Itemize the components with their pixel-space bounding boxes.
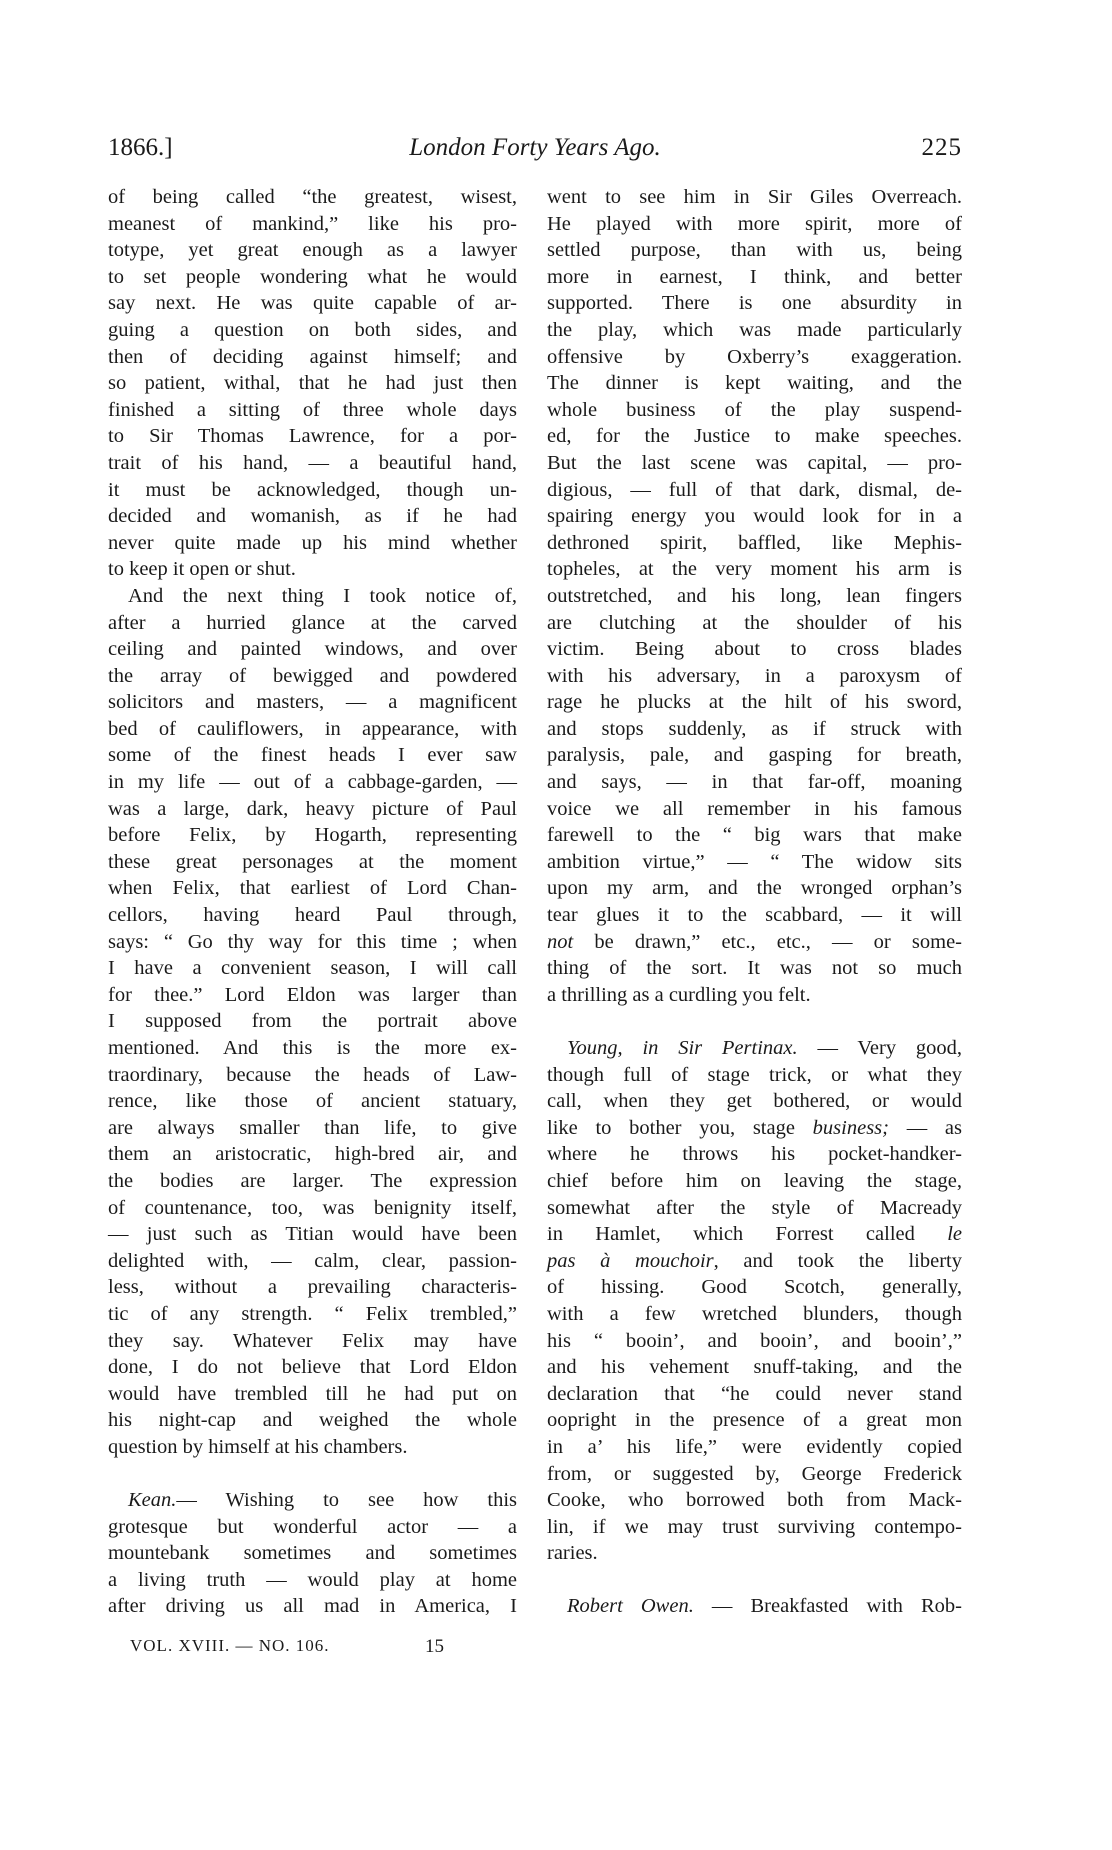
text-line: in a’ his life,” were evidently copied [547,1434,962,1461]
text-line: ceiling and painted windows, and over [108,636,517,663]
text-run: they say. Whatever Felix may have [108,1330,517,1352]
text-run: ambition virtue,” — “ The widow sits [547,851,962,873]
text-line: decided and womanish, as if he had [108,503,517,530]
text-run: delighted with, — calm, clear, passion- [108,1250,517,1272]
text-line: chief before him on leaving the stage, [547,1168,962,1195]
text-run: ed, for the Justice to make speeches. [547,425,962,447]
text-run: digious, — full of that dark, dismal, de… [547,479,962,501]
text-run: to set people wondering what he would [108,266,517,288]
text-line: to Sir Thomas Lawrence, for a por- [108,423,517,450]
text-line: raries. [547,1540,962,1567]
text-line: ed, for the Justice to make speeches. [547,423,962,450]
text-run: in Hamlet, which Forrest called [547,1223,947,1245]
text-line: like to bother you, stage business; — as [547,1115,962,1142]
text-line: paralysis, pale, and gasping for breath, [547,742,962,769]
text-run: ceiling and painted windows, and over [108,638,517,660]
text-run: farewell to the “ big wars that make [547,824,962,846]
signature-mark: 15 [425,1636,444,1658]
italic-run: Robert Owen. [567,1595,694,1617]
text-run: a thrilling as a curdling you felt. [547,984,811,1006]
text-run: done, I do not believe that Lord Eldon [108,1356,517,1378]
text-run: supported. There is one absurdity in [547,292,962,314]
text-line: supported. There is one absurdity in [547,290,962,317]
text-run: these great personages at the moment [108,851,517,873]
text-run: chief before him on leaving the stage, [547,1170,962,1192]
text-line: settled purpose, than with us, being [547,237,962,264]
text-line: victim. Being about to cross blades [547,636,962,663]
text-line: question by himself at his chambers. [108,1434,517,1461]
text-run: — Wishing to see how this [176,1489,517,1511]
text-run: though full of stage trick, or what they [547,1064,962,1086]
text-run: and stops suddenly, as if struck with [547,718,962,740]
italic-run: pas à mouchoir [547,1250,714,1272]
text-line: pas à mouchoir, and took the liberty [547,1248,962,1275]
text-run: mentioned. And this is the more ex- [108,1037,517,1059]
text-line: where he throws his pocket-handker- [547,1141,962,1168]
text-line: so patient, withal, that he had just the… [108,370,517,397]
text-line: call, when they get bothered, or would [547,1088,962,1115]
text-run: upon my arm, and the wronged orphan’s [547,877,962,899]
text-run: in my life — out of a cabbage-garden, — [108,771,517,793]
text-run: to Sir Thomas Lawrence, for a por- [108,425,517,447]
text-line: lin, if we may trust surviving contempo- [547,1514,962,1541]
text-line: to set people wondering what he would [108,264,517,291]
text-run: of being called “the greatest, wisest, [108,186,517,208]
running-head-title: London Forty Years Ago. [108,134,962,162]
text-run: But the last scene was capital, — pro- [547,452,962,474]
text-run: — just such as Titian would have been [108,1223,517,1245]
text-line: But the last scene was capital, — pro- [547,450,962,477]
text-line: I supposed from the portrait above [108,1008,517,1035]
text-run: grotesque but wonderful actor — a [108,1516,517,1538]
text-line: outstretched, and his long, lean fingers [547,583,962,610]
text-line: these great personages at the moment [108,849,517,876]
text-line: oopright in the presence of a great mon [547,1407,962,1434]
text-run: voice we all remember in his famous [547,798,962,820]
text-run: them an aristocratic, high-bred air, and [108,1143,517,1165]
text-line: He played with more spirit, more of [547,211,962,238]
text-line: says: “ Go thy way for this time ; when [108,929,517,956]
text-line: after driving us all mad in America, I [108,1593,517,1620]
text-run: decided and womanish, as if he had [108,505,517,527]
text-line: somewhat after the style of Macready [547,1195,962,1222]
document-page: 1866.] London Forty Years Ago. 225 of be… [0,0,1112,1850]
text-line: traordinary, because the heads of Law- [108,1062,517,1089]
text-run: it must be acknowledged, though un- [108,479,517,501]
italic-run: business; [813,1117,889,1139]
running-head: 1866.] London Forty Years Ago. 225 [108,134,962,168]
paragraph-gap [108,1461,517,1488]
text-run: — as [889,1117,962,1139]
text-run: lin, if we may trust surviving contempo- [547,1516,962,1538]
text-line: for thee.” Lord Eldon was larger than [108,982,517,1009]
text-run: says: “ Go thy way for this time ; when [108,931,517,953]
text-line: finished a sitting of three whole days [108,397,517,424]
paragraph-gap [547,1008,962,1035]
text-run: somewhat after the style of Macready [547,1197,962,1219]
text-run: paralysis, pale, and gasping for breath, [547,744,962,766]
text-line: them an aristocratic, high-bred air, and [108,1141,517,1168]
text-run: after driving us all mad in America, I [108,1595,517,1617]
text-line: are always smaller than life, to give [108,1115,517,1142]
text-line: whole business of the play suspend- [547,397,962,424]
text-run: outstretched, and his long, lean fingers [547,585,962,607]
text-run: trait of his hand, — a beautiful hand, [108,452,517,474]
text-run: Cooke, who borrowed both from Mack- [547,1489,962,1511]
text-line: before Felix, by Hogarth, representing [108,822,517,849]
text-run: spairing energy you would look for in a [547,505,962,527]
text-line: rage he plucks at the hilt of his sword, [547,689,962,716]
text-run: his night-cap and weighed the whole [108,1409,517,1431]
text-line: totype, yet great enough as a lawyer [108,237,517,264]
text-run: — Very good, [798,1037,962,1059]
text-line: and says, — in that far-off, moaning [547,769,962,796]
italic-run: not [547,931,573,953]
text-line: Cooke, who borrowed both from Mack- [547,1487,962,1514]
page-number: 225 [922,134,963,162]
text-run: with a few wretched blunders, though [547,1303,962,1325]
text-run: then of deciding against himself; and [108,346,517,368]
text-run: topheles, at the very moment his arm is [547,558,962,580]
text-line: And the next thing I took notice of, [108,583,517,610]
text-run: for thee.” Lord Eldon was larger than [108,984,517,1006]
text-line: with his adversary, in a paroxysm of [547,663,962,690]
text-line: his night-cap and weighed the whole [108,1407,517,1434]
text-run: finished a sitting of three whole days [108,399,517,421]
text-run: rage he plucks at the hilt of his sword, [547,691,962,713]
text-run: mountebank sometimes and sometimes [108,1542,517,1564]
volume-number: VOL. XVIII. — NO. 106. [130,1636,330,1656]
text-run: a living truth — would play at home [108,1569,517,1591]
text-line: the bodies are larger. The expression [108,1168,517,1195]
text-line: it must be acknowledged, though un- [108,477,517,504]
text-line: ambition virtue,” — “ The widow sits [547,849,962,876]
text-line: rence, like those of ancient statuary, [108,1088,517,1115]
text-line: with a few wretched blunders, though [547,1301,962,1328]
text-line: digious, — full of that dark, dismal, de… [547,477,962,504]
text-line: in my life — out of a cabbage-garden, — [108,769,517,796]
text-line: the play, which was made particularly [547,317,962,344]
text-run: victim. Being about to cross blades [547,638,962,660]
text-line: thing of the sort. It was not so much [547,955,962,982]
text-run: rence, like those of ancient statuary, [108,1090,517,1112]
text-line: the array of bewigged and powdered [108,663,517,690]
text-run: after a hurried glance at the carved [108,612,517,634]
text-line: Kean.— Wishing to see how this [108,1487,517,1514]
text-line: tic of any strength. “ Felix trembled,” [108,1301,517,1328]
text-run: are always smaller than life, to give [108,1117,517,1139]
text-line: some of the finest heads I ever saw [108,742,517,769]
text-run: guing a question on both sides, and [108,319,517,341]
text-line: his “ booin’, and booin’, and booin’,” [547,1328,962,1355]
text-run: say next. He was quite capable of ar- [108,292,517,314]
text-run: thing of the sort. It was not so much [547,957,962,979]
text-run: never quite made up his mind whether [108,532,517,554]
text-line: tear glues it to the scabbard, — it will [547,902,962,929]
text-line: dethroned spirit, baffled, like Mephis- [547,530,962,557]
text-run: I supposed from the portrait above [108,1010,517,1032]
text-line: grotesque but wonderful actor — a [108,1514,517,1541]
text-line: a living truth — would play at home [108,1567,517,1594]
paragraph-gap [547,1567,962,1594]
text-line: more in earnest, I think, and better [547,264,962,291]
text-line: upon my arm, and the wronged orphan’s [547,875,962,902]
text-line: went to see him in Sir Giles Overreach. [547,184,962,211]
text-line: mentioned. And this is the more ex- [108,1035,517,1062]
text-line: done, I do not believe that Lord Eldon [108,1354,517,1381]
text-run: of countenance, too, was benignity itsel… [108,1197,517,1219]
right-column: went to see him in Sir Giles Overreach.H… [547,184,962,1620]
text-run: oopright in the presence of a great mon [547,1409,962,1431]
text-line: — just such as Titian would have been [108,1221,517,1248]
text-line: say next. He was quite capable of ar- [108,290,517,317]
text-run: be drawn,” etc., etc., — or some- [573,931,962,953]
text-line: was a large, dark, heavy picture of Paul [108,796,517,823]
text-run: raries. [547,1542,598,1564]
text-line: topheles, at the very moment his arm is [547,556,962,583]
text-line: when Felix, that earliest of Lord Chan- [108,875,517,902]
text-run: I have a convenient season, I will call [108,957,517,979]
text-line: farewell to the “ big wars that make [547,822,962,849]
text-line: The dinner is kept waiting, and the [547,370,962,397]
text-run: cellors, having heard Paul through, [108,904,517,926]
text-run: the play, which was made particularly [547,319,962,341]
left-column: of being called “the greatest, wisest,me… [108,184,517,1620]
text-run: totype, yet great enough as a lawyer [108,239,517,261]
text-run: of hissing. Good Scotch, generally, [547,1276,962,1298]
text-line: would have trembled till he had put on [108,1381,517,1408]
text-run: bed of cauliflowers, in appearance, with [108,718,517,740]
text-run: He played with more spirit, more of [547,213,962,235]
text-run: and his vehement snuff-taking, and the [547,1356,962,1378]
text-run: And the next thing I took notice of, [128,585,517,607]
text-run: the bodies are larger. The expression [108,1170,517,1192]
text-run: — Breakfasted with Rob- [694,1595,962,1617]
text-line: a thrilling as a curdling you felt. [547,982,962,1009]
italic-run: Young, in Sir Pertinax. [567,1037,798,1059]
text-run: whole business of the play suspend- [547,399,962,421]
text-run: meanest of mankind,” like his pro- [108,213,517,235]
text-line: in Hamlet, which Forrest called le [547,1221,962,1248]
text-run: would have trembled till he had put on [108,1383,517,1405]
text-line: I have a convenient season, I will call [108,955,517,982]
text-line: though full of stage trick, or what they [547,1062,962,1089]
text-run: dethroned spirit, baffled, like Mephis- [547,532,962,554]
text-run: the array of bewigged and powdered [108,665,517,687]
text-run: offensive by Oxberry’s exaggeration. [547,346,962,368]
text-line: delighted with, — calm, clear, passion- [108,1248,517,1275]
text-line: less, without a prevailing characteris- [108,1274,517,1301]
text-line: voice we all remember in his famous [547,796,962,823]
text-run: settled purpose, than with us, being [547,239,962,261]
text-run: solicitors and masters, — a magnificent [108,691,517,713]
text-line: trait of his hand, — a beautiful hand, [108,450,517,477]
text-line: solicitors and masters, — a magnificent [108,689,517,716]
text-line: guing a question on both sides, and [108,317,517,344]
text-run: where he throws his pocket-handker- [547,1143,962,1165]
text-line: and stops suddenly, as if struck with [547,716,962,743]
text-run: some of the finest heads I ever saw [108,744,517,766]
text-run: traordinary, because the heads of Law- [108,1064,517,1086]
text-run: to keep it open or shut. [108,558,296,580]
text-run: , and took the liberty [714,1250,962,1272]
italic-run: Kean. [128,1489,176,1511]
text-line: of hissing. Good Scotch, generally, [547,1274,962,1301]
text-run: when Felix, that earliest of Lord Chan- [108,877,517,899]
text-run: more in earnest, I think, and better [547,266,962,288]
text-line: from, or suggested by, George Frederick [547,1461,962,1488]
text-run: call, when they get bothered, or would [547,1090,962,1112]
text-run: from, or suggested by, George Frederick [547,1463,962,1485]
text-line: they say. Whatever Felix may have [108,1328,517,1355]
text-run: less, without a prevailing characteris- [108,1276,517,1298]
text-run: are clutching at the shoulder of his [547,612,962,634]
text-line: meanest of mankind,” like his pro- [108,211,517,238]
text-line: not be drawn,” etc., etc., — or some- [547,929,962,956]
text-line: Young, in Sir Pertinax. — Very good, [547,1035,962,1062]
text-line: never quite made up his mind whether [108,530,517,557]
text-line: after a hurried glance at the carved [108,610,517,637]
text-line: are clutching at the shoulder of his [547,610,962,637]
text-line: of countenance, too, was benignity itsel… [108,1195,517,1222]
text-run: like to bother you, stage [547,1117,813,1139]
text-line: then of deciding against himself; and [108,344,517,371]
text-run: question by himself at his chambers. [108,1436,407,1458]
text-line: offensive by Oxberry’s exaggeration. [547,344,962,371]
text-line: Robert Owen. — Breakfasted with Rob- [547,1593,962,1620]
text-line: declaration that “he could never stand [547,1381,962,1408]
text-run: before Felix, by Hogarth, representing [108,824,517,846]
text-line: cellors, having heard Paul through, [108,902,517,929]
text-run: went to see him in Sir Giles Overreach. [547,186,962,208]
text-run: and says, — in that far-off, moaning [547,771,962,793]
text-run: was a large, dark, heavy picture of Paul [108,798,517,820]
text-run: with his adversary, in a paroxysm of [547,665,962,687]
text-run: declaration that “he could never stand [547,1383,962,1405]
text-line: and his vehement snuff-taking, and the [547,1354,962,1381]
italic-run: le [947,1223,962,1245]
text-line: mountebank sometimes and sometimes [108,1540,517,1567]
text-line: spairing energy you would look for in a [547,503,962,530]
text-line: to keep it open or shut. [108,556,517,583]
text-run: so patient, withal, that he had just the… [108,372,517,394]
text-run: his “ booin’, and booin’, and booin’,” [547,1330,962,1352]
text-run: in a’ his life,” were evidently copied [547,1436,962,1458]
text-run: The dinner is kept waiting, and the [547,372,962,394]
text-run: tic of any strength. “ Felix trembled,” [108,1303,517,1325]
text-line: of being called “the greatest, wisest, [108,184,517,211]
text-run: tear glues it to the scabbard, — it will [547,904,962,926]
text-line: bed of cauliflowers, in appearance, with [108,716,517,743]
